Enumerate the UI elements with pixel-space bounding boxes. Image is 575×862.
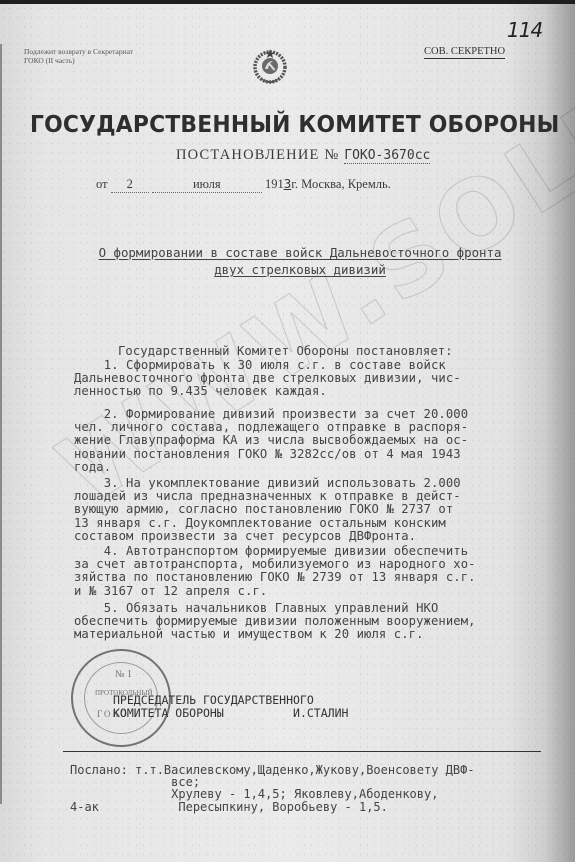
subject-line-1: О формировании в составе войск Дальневос…: [40, 245, 560, 260]
place: г. Москва, Кремль.: [291, 177, 391, 191]
seal-number: № 1: [115, 669, 132, 680]
year-prefix: 191: [265, 177, 284, 191]
item-line: и № 3167 от 12 апреля с.г.: [74, 585, 476, 598]
item-line: зяйства по постановлению ГОКО № 2739 от …: [74, 571, 476, 584]
distribution-line: Хрулеву - 1,4,5; Яковлеву,Абоденкову,: [70, 788, 475, 800]
item-line: жение Главупраформа КА из числа высвобож…: [74, 434, 468, 447]
signature-block: ПРЕДСЕДАТЕЛЬ ГОСУДАРСТВЕННОГО КОМИТЕТА О…: [113, 694, 348, 719]
date-year: 1913: [265, 177, 291, 191]
date-day: 2: [111, 177, 149, 193]
scan-border: [0, 0, 575, 4]
distribution-line: 4-ак Пересыпкину, Воробьеву - 1,5.: [70, 801, 475, 813]
signatory-name: И.СТАЛИН: [293, 706, 348, 720]
ussr-coat-of-arms-icon: [253, 48, 287, 84]
page-edge: [0, 44, 2, 804]
secrecy-mark: СОВ. СЕКРЕТНО: [424, 46, 505, 59]
subject-line-2: двух стрелковых дивизий: [40, 262, 560, 277]
committee-title: ГОСУДАРСТВЕННЫЙ КОМИТЕТ ОБОРОНЫ: [30, 110, 559, 138]
item-line: вующую армию, согласно постановлению ГОК…: [74, 503, 461, 516]
resolution-item: 5. Обязать начальников Главных управлени…: [74, 602, 476, 642]
page-number: 114: [507, 18, 542, 42]
distribution-list: Послано: т.т.Василевскому,Щаденко,Жукову…: [70, 764, 475, 813]
item-line: составом произвести за счет ресурсов ДВФ…: [74, 530, 461, 543]
resolution-item: 1. Сформировать к 30 июля с.г. в составе…: [74, 359, 461, 399]
item-line: 13 января с.г. Доукомплектование остальн…: [74, 517, 461, 530]
item-line: новании постановления ГОКО № 3282сс/ов о…: [74, 448, 468, 461]
date-prefix: от: [96, 177, 108, 191]
resolution-item: 3. На укомплектование дивизий использова…: [74, 477, 461, 543]
date-line: от 2 июля 1913г. Москва, Кремль.: [96, 176, 391, 193]
subject-text-1: О формировании в составе войск Дальневос…: [99, 245, 502, 260]
resolution-label: ПОСТАНОВЛЕНИЕ №: [176, 147, 339, 163]
signature-title-2: КОМИТЕТА ОБОРОНЫ: [113, 706, 224, 720]
resolution-heading: ПОСТАНОВЛЕНИЕ № ГОКО-3670сс: [176, 147, 430, 164]
divider: [63, 751, 541, 752]
preamble: Государственный Комитет Обороны постанов…: [118, 345, 453, 358]
resolution-number: ГОКО-3670сс: [344, 148, 430, 164]
item-line: года.: [74, 461, 468, 474]
return-note-line-1: Подлежит возврату в Секретариат: [24, 47, 133, 56]
return-note: Подлежит возврату в Секретариат ГОКО (II…: [24, 47, 133, 65]
resolution-item: 2. Формирование дивизий произвести за сч…: [74, 408, 468, 474]
subject-text-2: двух стрелковых дивизий: [214, 262, 386, 277]
date-month: июля: [152, 177, 262, 193]
item-line: ленностью по 9.435 человек каждая.: [74, 385, 461, 398]
resolution-item: 4. Автотранспортом формируемые дивизии о…: [74, 545, 476, 598]
document-page: WWW.SOLDAT.RU Подлежит возврату в Секрет…: [0, 4, 575, 862]
item-line: материальной частью и имуществом к 20 ию…: [74, 628, 476, 641]
return-note-line-2: ГОКО (II часть): [24, 56, 75, 65]
